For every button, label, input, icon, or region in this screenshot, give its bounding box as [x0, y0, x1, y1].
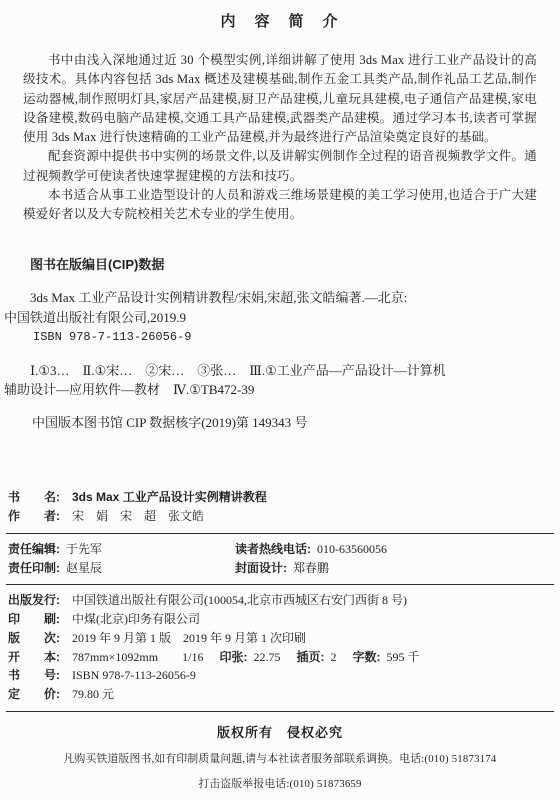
print-supervisor-value: 赵星辰: [60, 561, 102, 575]
print-supervisor-label: 责任印制:: [8, 561, 60, 575]
author-label: 作 者:: [8, 507, 66, 526]
cover-design-label: 封面设计:: [235, 561, 287, 575]
reader-hotline-label: 读者热线电话:: [235, 542, 311, 556]
printer-value: 中煤(北京)印务有限公司: [66, 612, 200, 626]
printer-label: 印 刷:: [8, 610, 66, 629]
book-copyright-page: 内 容 简 介 书中由浅入深地通过近 30 个模型实例,详细讲解了使用 3ds …: [0, 0, 560, 800]
sheets-label: 印张:: [219, 650, 247, 664]
managing-editor-label: 责任编辑:: [8, 542, 60, 556]
anti-piracy-line: 打击盗版举报电话:(010) 51873659: [0, 776, 560, 791]
page-title: 内 容 简 介: [0, 12, 560, 32]
format-row: 开 本:787mm×1092mm 1/16印张:22.75插页:2字数:595 …: [6, 648, 554, 667]
cip-isbn: ISBN 978-7-113-26056-9: [33, 328, 552, 348]
publisher-label: 出版发行:: [8, 591, 66, 610]
book-name-row: 书 名:3ds Max 工业产品设计实例精讲教程: [6, 488, 554, 507]
reader-hotline-value: 010-63560056: [311, 542, 387, 556]
price-row: 定 价:79.80 元: [6, 685, 554, 704]
managing-editor-value: 于先军: [60, 542, 102, 556]
editorial-row: 责任编辑:于先军 读者热线电话:010-63560056: [6, 540, 554, 559]
edition-row: 版 次:2019 年 9 月第 1 版 2019 年 9 月第 1 次印刷: [6, 629, 554, 648]
author-value: 宋 娟 宋 超 张文皓: [66, 509, 204, 523]
edition-label: 版 次:: [8, 629, 66, 648]
wordcount-value: 595 千: [380, 650, 419, 664]
cip-entry-line-1: 3ds Max 工业产品设计实例精讲教程/宋娟,宋超,张文皓编著.—北京:: [30, 288, 552, 308]
inserts-value: 2: [324, 650, 336, 664]
intro-paragraph-2: 配套资源中提供书中实例的场景文件,以及讲解实例制作全过程的语音视频教学文件。通过…: [23, 147, 537, 186]
price-label: 定 价:: [8, 685, 66, 704]
cip-classification-line-1: Ⅰ.①3… Ⅱ.①宋… ②宋… ③张… Ⅲ.①工业产品—产品设计—计算机: [30, 361, 552, 381]
inserts-label: 插页:: [296, 650, 324, 664]
cip-heading: 图书在版编目(CIP)数据: [30, 255, 552, 275]
sheets-value: 22.75: [247, 650, 280, 664]
publisher-value: 中国铁道出版社有限公司(100054,北京市西城区右安门西街 8 号): [66, 593, 407, 607]
price-value: 79.80 元: [66, 687, 114, 701]
book-name-value: 3ds Max 工业产品设计实例精讲教程: [66, 490, 267, 504]
copyright-notice: 版权所有 侵权必究: [0, 722, 560, 741]
isbn-value: ISBN 978-7-113-26056-9: [66, 668, 196, 682]
editorial-row: 责任印制:赵星辰 封面设计:郑春鹏: [6, 559, 554, 578]
edition-value: 2019 年 9 月第 1 版 2019 年 9 月第 1 次印刷: [66, 631, 306, 645]
cip-record-number: 中国版本图书馆 CIP 数据核字(2019)第 149343 号: [32, 413, 552, 433]
divider-line: [6, 533, 554, 534]
divider-line: [6, 711, 554, 712]
publication-block: 出版发行:中国铁道出版社有限公司(100054,北京市西城区右安门西街 8 号)…: [0, 591, 560, 704]
cip-data-block: 图书在版编目(CIP)数据 3ds Max 工业产品设计实例精讲教程/宋娟,宋超…: [0, 255, 560, 433]
book-name-label: 书 名:: [8, 488, 66, 507]
editorial-block: 责任编辑:于先军 读者热线电话:010-63560056 责任印制:赵星辰 封面…: [0, 540, 560, 577]
printer-row: 印 刷:中煤(北京)印务有限公司: [6, 610, 554, 629]
isbn-row: 书 号:ISBN 978-7-113-26056-9: [6, 666, 554, 685]
wordcount-label: 字数:: [352, 650, 380, 664]
publisher-row: 出版发行:中国铁道出版社有限公司(100054,北京市西城区右安门西街 8 号): [6, 591, 554, 610]
cip-classification-line-2: 辅助设计—应用软件—教材 Ⅳ.①TB472-39: [4, 380, 552, 400]
cover-design-value: 郑春鹏: [287, 561, 329, 575]
divider-line: [6, 584, 554, 585]
cip-entry-line-2: 中国铁道出版社有限公司,2019.9: [4, 308, 552, 328]
format-label: 开 本:: [8, 648, 66, 667]
copyright-footer: 版权所有 侵权必究 凡购买铁道版图书,如有印制质量问题,请与本社读者服务部联系调…: [0, 722, 560, 791]
publication-info-table: 书 名:3ds Max 工业产品设计实例精讲教程 作 者:宋 娟 宋 超 张文皓…: [0, 488, 560, 712]
intro-paragraph-3: 本书适合从事工业造型设计的人员和游戏三维场景建模的美工学习使用,也适合于广大建模…: [23, 186, 537, 225]
format-value: 787mm×1092mm 1/16: [66, 650, 203, 664]
author-row: 作 者:宋 娟 宋 超 张文皓: [6, 507, 554, 526]
content-summary: 书中由浅入深地通过近 30 个模型实例,详细讲解了使用 3ds Max 进行工业…: [0, 51, 560, 225]
isbn-label: 书 号:: [8, 666, 66, 685]
intro-paragraph-1: 书中由浅入深地通过近 30 个模型实例,详细讲解了使用 3ds Max 进行工业…: [23, 51, 537, 147]
service-contact-line: 凡购买铁道版图书,如有印制质量问题,请与本社读者服务部联系调换。电话:(010)…: [0, 751, 560, 766]
